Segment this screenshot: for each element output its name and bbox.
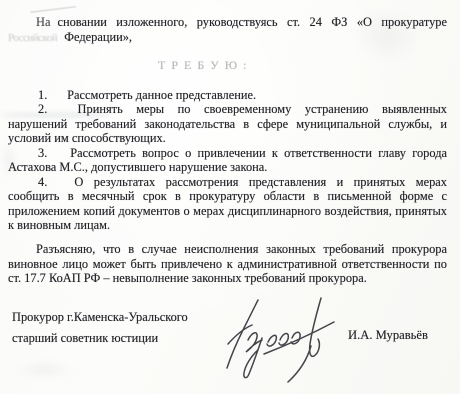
demand-item-4-cont: приложением копий документов о мерах дис… — [8, 204, 447, 219]
item-text: О результатах рассмотрения представления… — [74, 175, 447, 189]
demand-item-3-cont: Астахова М.С., допустившего нарушение за… — [8, 160, 447, 175]
item-text: Астахова М.С., допустившего нарушение за… — [8, 160, 267, 174]
warning-text: ст. 17.7 КоАП РФ – невыполнение законных… — [8, 271, 367, 285]
item-number: 4. — [38, 175, 64, 190]
demand-item-2-cont: нарушений требований законодательства в … — [8, 117, 447, 132]
warning-line: ст. 17.7 КоАП РФ – невыполнение законных… — [8, 271, 447, 286]
item-text: Рассмотреть вопрос о привлечении к ответ… — [70, 146, 447, 160]
scanned-document-page: Насновании изложенного, руководствуясь с… — [0, 0, 460, 394]
opening-line-1: Насновании изложенного, руководствуясь с… — [8, 15, 447, 30]
item-text: Рассмотреть данное представление. — [67, 88, 256, 102]
opening-line-2: РоссийскойФедерации», — [8, 30, 447, 46]
demand-item-4: 4. О результатах рассмотрения представле… — [8, 175, 447, 190]
warning-line: виновное лицо может быть привлечено к ад… — [8, 257, 447, 272]
demand-item-2: 2. Принять меры по своевременному устран… — [8, 102, 447, 117]
demand-item-4-cont: сообщить в месячный срок в прокуратуру о… — [8, 189, 447, 204]
opening-text: Федерации», — [64, 30, 132, 44]
item-text: сообщить в месячный срок в прокуратуру о… — [8, 189, 447, 203]
item-number: 1. — [38, 88, 64, 103]
warning-text: Разъясняю, что в случае неисполнения зак… — [36, 242, 447, 256]
item-number: 3. — [38, 146, 64, 161]
demand-item-1: 1. Рассмотреть данное представление. — [8, 88, 447, 103]
item-text: Принять меры по своевременному устранени… — [78, 102, 447, 116]
item-text: нарушений требований законодательства в … — [8, 117, 447, 131]
warning-text: виновное лицо может быть привлечено к ад… — [8, 257, 447, 271]
demand-item-4-cont: к виновным лицам. — [8, 218, 447, 233]
scan-smudge — [30, 6, 76, 13]
warning-paragraph: Разъясняю, что в случае неисполнения зак… — [8, 242, 447, 286]
scan-smudge — [14, 360, 74, 380]
item-text: к виновным лицам. — [8, 218, 110, 232]
signatory-name: И.А. Муравьёв — [348, 328, 428, 343]
item-number: 2. — [38, 102, 64, 117]
signatory-rank-text: старший советник юстиции — [12, 331, 158, 345]
warning-line: Разъясняю, что в случае неисполнения зак… — [8, 242, 447, 257]
item-text: приложением копий документов о мерах дис… — [8, 204, 447, 218]
demand-item-3: 3. Рассмотреть вопрос о привлечении к от… — [8, 146, 447, 161]
opening-text: сновании изложенного, руководствуясь ст.… — [57, 15, 447, 29]
signatory-position-text: Прокурор г.Каменска-Уральского — [12, 310, 188, 324]
demand-items: 1. Рассмотреть данное представление. 2. … — [8, 88, 447, 233]
faded-word: Российской — [8, 32, 57, 44]
demand-item-2-cont: условий им способствующих. — [8, 131, 447, 146]
faded-word: На — [36, 15, 50, 29]
item-text: условий им способствующих. — [8, 131, 166, 145]
requirements-heading: Т Р Е Б У Ю : — [158, 58, 447, 73]
handwritten-signature — [224, 292, 338, 390]
